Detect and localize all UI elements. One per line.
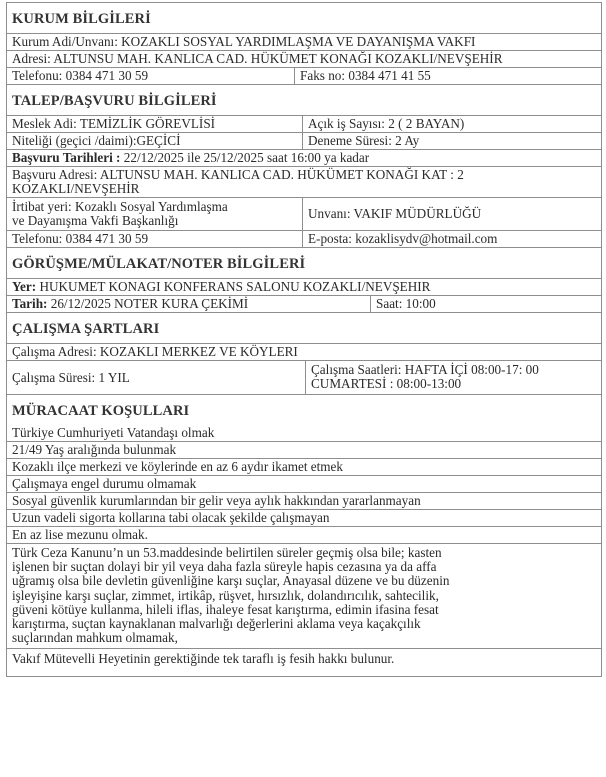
deneme-suresi: Deneme Süresi: 2 Ay xyxy=(302,133,601,149)
yer-label: Yer: xyxy=(12,279,36,294)
condition-item: Kozaklı ilçe merkezi ve köylerinde en az… xyxy=(7,458,601,475)
condition-text: Türkiye Cumhuriyeti Vatandaşı olmak xyxy=(7,425,601,441)
gorusme-yer: Yer: HUKUMET KONAGI KONFERANS SALONU KOZ… xyxy=(7,279,601,295)
section-heading-talep: TALEP/BAŞVURU BİLGİLERİ xyxy=(7,84,601,115)
kurum-contact-row: Telefonu: 0384 471 30 59 Faks no: 0384 4… xyxy=(7,67,601,84)
basvuru-tarihleri: Başvuru Tarihleri : 22/12/2025 ile 25/12… xyxy=(7,150,601,166)
heading-text: KURUM BİLGİLERİ xyxy=(12,11,151,27)
section-heading-gorusme: GÖRÜŞME/MÜLAKAT/NOTER BİLGİLERİ xyxy=(7,247,601,278)
condition-text: Çalışmaya engel durumu olmamak xyxy=(7,476,601,492)
condition-item: Çalışmaya engel durumu olmamak xyxy=(7,475,601,492)
irtibat-line: İrtibat yeri: Kozaklı Sosyal Yardımlaşma xyxy=(12,200,297,214)
condition-item: En az lise mezunu olmak. xyxy=(7,526,601,543)
heading-text: ÇALIŞMA ŞARTLARI xyxy=(12,321,159,337)
kurum-address: Adresi: ALTUNSU MAH. KANLICA CAD. HÜKÜME… xyxy=(7,51,601,67)
talep-email: E-posta: kozaklisydv@hotmail.com xyxy=(302,231,601,247)
basvuru-adresi-row: Başvuru Adresi: ALTUNSU MAH. KANLICA CAD… xyxy=(7,166,601,197)
niteligi: Niteliği (geçici /daimi):GEÇİCİ xyxy=(7,133,302,149)
kurum-address-row: Adresi: ALTUNSU MAH. KANLICA CAD. HÜKÜME… xyxy=(7,50,601,67)
calisma-saatleri-line: CUMARTESİ : 08:00-13:00 xyxy=(311,377,596,391)
calisma-saatleri-line: Çalışma Saatleri: HAFTA İÇİ 08:00-17: 00 xyxy=(311,363,596,377)
paragraph-line: işlenen bir suçtan dolayi bir yil veya d… xyxy=(12,560,596,574)
yer-value: HUKUMET KONAGI KONFERANS SALONU KOZAKLI/… xyxy=(36,279,430,294)
kurum-fax: Faks no: 0384 471 41 55 xyxy=(294,68,601,84)
basvuru-adresi: Başvuru Adresi: ALTUNSU MAH. KANLICA CAD… xyxy=(7,167,601,197)
tarih-value: 26/12/2025 NOTER KURA ÇEKİMİ xyxy=(47,296,248,311)
paragraph-line: güveni kötüye kullanma, hileli iflas, ih… xyxy=(12,603,596,617)
meslek-row: Meslek Adi: TEMİZLİK GÖREVLİSİ Açık iş S… xyxy=(7,115,601,132)
kurum-name-row: Kurum Adi/Unvanı: KOZAKLI SOSYAL YARDIML… xyxy=(7,33,601,50)
condition-text: En az lise mezunu olmak. xyxy=(7,527,601,543)
calisma-adresi: Çalışma Adresi: KOZAKLI MERKEZ VE KÖYLER… xyxy=(7,344,601,360)
condition-text: Kozaklı ilçe merkezi ve köylerinde en az… xyxy=(7,459,601,475)
basvuru-tarihleri-row: Başvuru Tarihleri : 22/12/2025 ile 25/12… xyxy=(7,149,601,166)
meslek-adi: Meslek Adi: TEMİZLİK GÖREVLİSİ xyxy=(7,116,302,132)
nitelik-row: Niteliği (geçici /daimi):GEÇİCİ Deneme S… xyxy=(7,132,601,149)
tarih-label: Tarih: xyxy=(12,296,47,311)
condition-text: Sosyal güvenlik kurumlarından bir gelir … xyxy=(7,493,601,509)
yer-row: Yer: HUKUMET KONAGI KONFERANS SALONU KOZ… xyxy=(7,278,601,295)
calisma-saatleri: Çalışma Saatleri: HAFTA İÇİ 08:00-17: 00… xyxy=(305,361,601,394)
calisma-adresi-row: Çalışma Adresi: KOZAKLI MERKEZ VE KÖYLER… xyxy=(7,343,601,360)
basvuru-adresi-line: KOZAKLI/NEVŞEHİR xyxy=(12,182,596,196)
basvuru-tarihleri-label: Başvuru Tarihleri : xyxy=(12,150,120,165)
kurum-phone: Telefonu: 0384 471 30 59 xyxy=(7,68,294,84)
unvani: Unvanı: VAKIF MÜDÜRLÜĞÜ xyxy=(302,198,601,230)
kurum-name: Kurum Adi/Unvanı: KOZAKLI SOSYAL YARDIML… xyxy=(7,34,601,50)
calisma-sure-row: Çalışma Süresi: 1 YIL Çalışma Saatleri: … xyxy=(7,360,601,394)
gorusme-saat: Saat: 10:00 xyxy=(370,296,601,312)
condition-text: 21/49 Yaş aralığında bulunmak xyxy=(7,442,601,458)
paragraph-line: karıştırma, suçtan kaynaklanan malvarlığ… xyxy=(12,617,596,631)
heading-text: GÖRÜŞME/MÜLAKAT/NOTER BİLGİLERİ xyxy=(12,256,305,272)
condition-item: Uzun vadeli sigorta kollarına tabi olaca… xyxy=(7,509,601,526)
irtibat-yeri: İrtibat yeri: Kozaklı Sosyal Yardımlaşma… xyxy=(7,198,302,230)
condition-item: Sosyal güvenlik kurumlarından bir gelir … xyxy=(7,492,601,509)
gorusme-tarih: Tarih: 26/12/2025 NOTER KURA ÇEKİMİ xyxy=(7,296,370,312)
paragraph-line: Türk Ceza Kanunu’n un 53.maddesinde beli… xyxy=(12,546,596,560)
calisma-suresi: Çalışma Süresi: 1 YIL xyxy=(7,361,305,394)
talep-phone: Telefonu: 0384 471 30 59 xyxy=(7,231,302,247)
criminal-record-row: Türk Ceza Kanunu’n un 53.maddesinde beli… xyxy=(7,543,601,648)
talep-contact-row: Telefonu: 0384 471 30 59 E-posta: kozakl… xyxy=(7,230,601,247)
criminal-record-paragraph: Türk Ceza Kanunu’n un 53.maddesinde beli… xyxy=(7,544,601,648)
basvuru-adresi-line: Başvuru Adresi: ALTUNSU MAH. KANLICA CAD… xyxy=(12,168,596,182)
paragraph-line: suçlarından mahkum olmamak, xyxy=(12,631,596,645)
section-heading-muracaat: MÜRACAAT KOŞULLARI xyxy=(7,394,601,425)
condition-item: Türkiye Cumhuriyeti Vatandaşı olmak xyxy=(7,425,601,441)
heading-text: MÜRACAAT KOŞULLARI xyxy=(12,403,189,419)
acik-is-sayisi: Açık iş Sayısı: 2 ( 2 BAYAN) xyxy=(302,116,601,132)
job-posting-document: KURUM BİLGİLERİ Kurum Adi/Unvanı: KOZAKL… xyxy=(6,2,602,677)
final-note: Vakıf Mütevelli Heyetinin gerektiğinde t… xyxy=(7,649,601,676)
condition-text: Uzun vadeli sigorta kollarına tabi olaca… xyxy=(7,510,601,526)
tarih-row: Tarih: 26/12/2025 NOTER KURA ÇEKİMİ Saat… xyxy=(7,295,601,312)
conditions-list: Türkiye Cumhuriyeti Vatandaşı olmak21/49… xyxy=(7,425,601,543)
paragraph-line: işleyişine karşı suçlar, zimmet, irtikâp… xyxy=(12,589,596,603)
basvuru-tarihleri-value: 22/12/2025 ile 25/12/2025 saat 16:00 ya … xyxy=(120,150,369,165)
final-note-row: Vakıf Mütevelli Heyetinin gerektiğinde t… xyxy=(7,648,601,676)
paragraph-line: uğramış olsa bile devletin güvenliğine k… xyxy=(12,574,596,588)
section-heading-calisma: ÇALIŞMA ŞARTLARI xyxy=(7,312,601,343)
condition-item: 21/49 Yaş aralığında bulunmak xyxy=(7,441,601,458)
heading-text: TALEP/BAŞVURU BİLGİLERİ xyxy=(12,93,217,109)
section-heading-kurum: KURUM BİLGİLERİ xyxy=(7,3,601,33)
irtibat-line: ve Dayanışma Vakfi Başkanlığı xyxy=(12,214,297,228)
irtibat-row: İrtibat yeri: Kozaklı Sosyal Yardımlaşma… xyxy=(7,197,601,230)
